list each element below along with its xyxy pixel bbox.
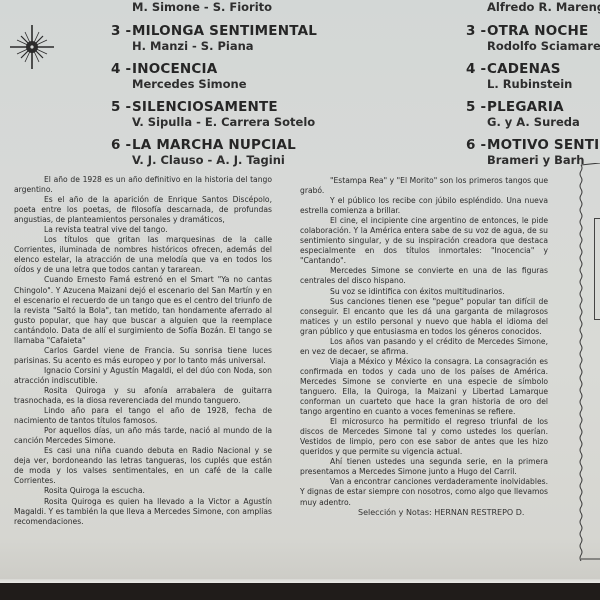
- track-item: Alfredo R. Marengo -: [466, 0, 600, 14]
- track-list-right: Alfredo R. Marengo - 3 -OTRA NOCHE Rodol…: [466, 0, 600, 167]
- track-item: 3 -MILONGA SENTIMENTAL H. Manzi - S. Pia…: [111, 23, 317, 53]
- track-author: G. y A. Sureda: [466, 115, 600, 129]
- paragraph: La revista teatral vive del tango.: [14, 225, 272, 235]
- track-number: 3 -: [111, 23, 132, 39]
- paragraph: El año de 1928 es un año definitivo en l…: [14, 175, 272, 195]
- paragraph: Viaja a México y México la consagra. La …: [300, 357, 548, 417]
- paragraph: Carlos Gardel viene de Francia. Su sonri…: [14, 346, 272, 366]
- paragraph: El cine, el incipiente cine argentino de…: [300, 216, 548, 266]
- paragraph: Ahí tienen ustedes una segunda serie, en…: [300, 457, 548, 477]
- track-number: 4 -: [466, 61, 487, 77]
- paragraph: Los años van pasando y el crédito de Mer…: [300, 337, 548, 357]
- paragraph: Sus canciones tienen ese "pegue" popular…: [300, 297, 548, 337]
- track-number: 6 -: [466, 137, 487, 153]
- track-item: M. Simone - S. Fiorito: [111, 0, 317, 14]
- track-author: Alfredo R. Marengo -: [466, 0, 600, 14]
- track-author: V. Sipulla - E. Carrera Sotelo: [111, 115, 317, 129]
- track-title: 5 -PLEGARIA: [466, 99, 600, 115]
- track-item: 5 -PLEGARIA G. y A. Sureda: [466, 99, 600, 129]
- paragraph: Por aquellos días, un año más tarde, nac…: [14, 426, 272, 446]
- track-item: 6 -LA MARCHA NUPCIAL V. J. Clauso - A. J…: [111, 137, 317, 167]
- paragraph: Ignacio Corsini y Agustín Magaldi, el de…: [14, 366, 272, 386]
- track-author: V. J. Clauso - A. J. Tagini: [111, 153, 317, 167]
- paragraph: Su voz se idintifica con éxitos multitud…: [300, 287, 548, 297]
- track-title: 6 -MOTIVO SENTIMENTA: [466, 137, 600, 153]
- track-author: Mercedes Simone: [111, 77, 317, 91]
- inner-frame: [594, 218, 600, 320]
- track-number: 4 -: [111, 61, 132, 77]
- paragraph: Rosita Quiroga es quien ha llevado a la …: [14, 497, 272, 527]
- paragraph: Mercedes Simone se convierte en una de l…: [300, 266, 548, 286]
- track-author: Rodolfo Sciamarella: [466, 39, 600, 53]
- track-number: 3 -: [466, 23, 487, 39]
- track-number: 6 -: [111, 137, 132, 153]
- track-number: 5 -: [466, 99, 487, 115]
- track-title: 5 -SILENCIOSAMENTE: [111, 99, 317, 115]
- track-item: 5 -SILENCIOSAMENTE V. Sipulla - E. Carre…: [111, 99, 317, 129]
- paragraph: Es casi una niña cuando debuta en Radio …: [14, 446, 272, 486]
- liner-notes-right-column: "Estampa Rea" y "El Morito" son los prim…: [300, 176, 548, 508]
- credit-line: Selección y Notas: HERNAN RESTREPO D.: [358, 508, 524, 517]
- track-title: 3 -MILONGA SENTIMENTAL: [111, 23, 317, 39]
- track-title: 4 -INOCENCIA: [111, 61, 317, 77]
- paragraph: Rosita Quiroga la escucha.: [14, 486, 272, 496]
- track-title: 6 -LA MARCHA NUPCIAL: [111, 137, 317, 153]
- track-item: 3 -OTRA NOCHE Rodolfo Sciamarella: [466, 23, 600, 53]
- track-title: 3 -OTRA NOCHE: [466, 23, 600, 39]
- paragraph: Los títulos que gritan las marquesinas d…: [14, 235, 272, 275]
- track-author: L. Rubinstein: [466, 77, 600, 91]
- track-author: M. Simone - S. Fiorito: [111, 0, 317, 14]
- compass-star-icon: [10, 25, 54, 69]
- track-author: H. Manzi - S. Piana: [111, 39, 317, 53]
- paragraph: Y el público los recibe con júbilo esplé…: [300, 196, 548, 216]
- track-title: 4 -CADENAS: [466, 61, 600, 77]
- paragraph: Van a encontrar canciones verdaderamente…: [300, 477, 548, 507]
- liner-notes-left-column: El año de 1928 es un año definitivo en l…: [14, 175, 272, 527]
- track-list-left: M. Simone - S. Fiorito 3 -MILONGA SENTIM…: [111, 0, 317, 167]
- paragraph: "Estampa Rea" y "El Morito" son los prim…: [300, 176, 548, 196]
- paragraph: El microsurco ha permitido el regreso tr…: [300, 417, 548, 457]
- paragraph: Rosita Quiroga y su afonía arrabalera de…: [14, 386, 272, 406]
- paragraph: Lindo año para el tango el año de 1928, …: [14, 406, 272, 426]
- track-number: 5 -: [111, 99, 132, 115]
- paragraph: Cuando Ernesto Famá estrenó en el Smart …: [14, 275, 272, 345]
- background-surface: [0, 583, 600, 600]
- paragraph: Es el año de la aparición de Enrique San…: [14, 195, 272, 225]
- track-item: 4 -INOCENCIA Mercedes Simone: [111, 61, 317, 91]
- track-item: 4 -CADENAS L. Rubinstein: [466, 61, 600, 91]
